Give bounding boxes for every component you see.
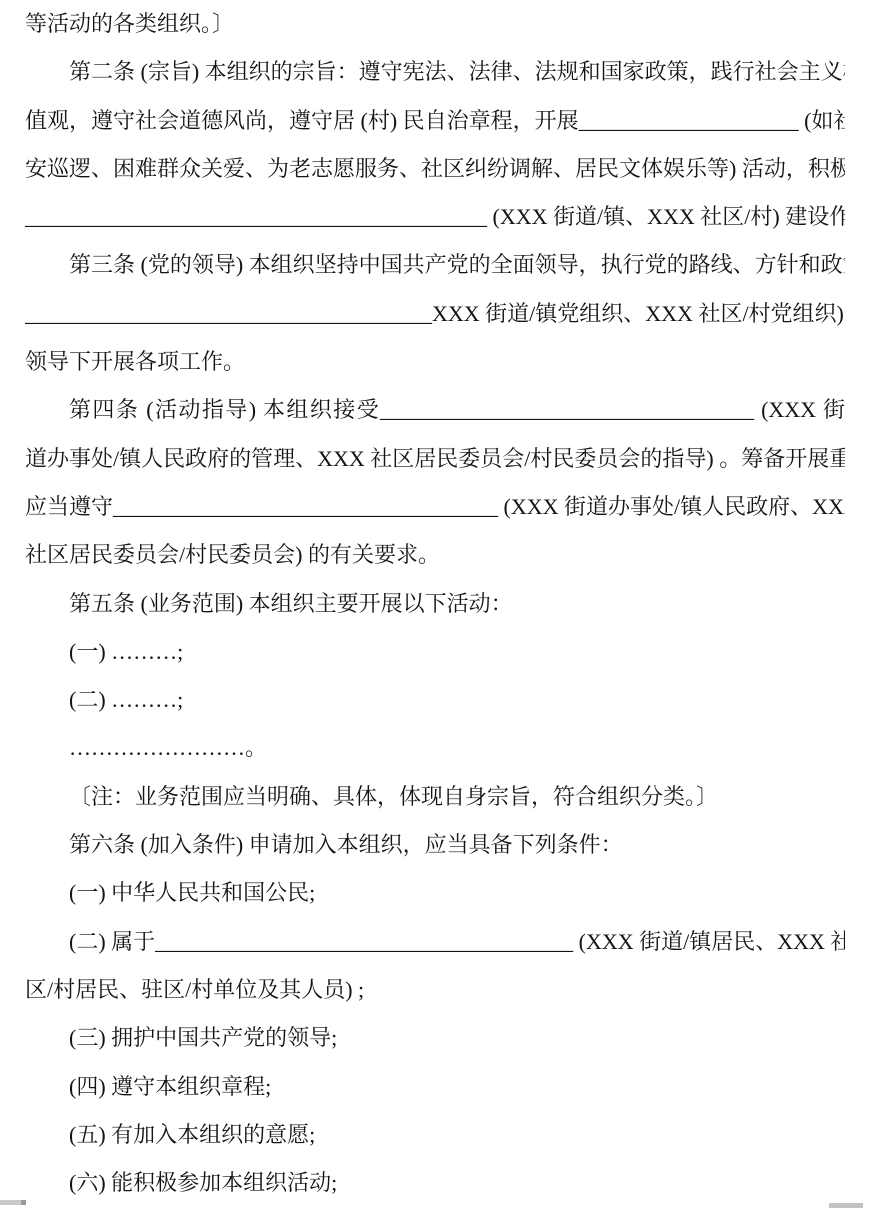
document-line: 领导下开展各项工作。 bbox=[25, 338, 845, 386]
document-line: 社区居民委员会/村民委员会) 的有关要求。 bbox=[25, 531, 845, 579]
vertical-scrollbar-thumb[interactable] bbox=[829, 1203, 863, 1208]
document-line: (一) 中华人民共和国公民; bbox=[25, 869, 845, 917]
document-line: ________________________________________… bbox=[25, 193, 845, 241]
document-line: 区/村居民、驻区/村单位及其人员) ; bbox=[25, 966, 845, 1014]
document-line: 安巡逻、困难群众关爱、为老志愿服务、社区纠纷调解、居民文体娱乐等) 活动，积极为 bbox=[25, 145, 845, 193]
document-line: 等活动的各类组织。〕 bbox=[25, 0, 845, 48]
document-line: (二) 属于__________________________________… bbox=[25, 918, 845, 966]
horizontal-scrollbar-button[interactable] bbox=[21, 1200, 26, 1205]
document-line: _____________________________________XXX… bbox=[25, 290, 845, 338]
document-line: 第三条 (党的领导) 本组织坚持中国共产党的全面领导，执行党的路线、方针和政策；… bbox=[25, 241, 845, 289]
document-page: 等活动的各类组织。〕第二条 (宗旨) 本组织的宗旨：遵守宪法、法律、法规和国家政… bbox=[0, 0, 880, 1208]
document-line: 道办事处/镇人民政府的管理、XXX 社区居民委员会/村民委员会的指导) 。筹备开… bbox=[25, 435, 845, 483]
document-line: (三) 拥护中国共产党的领导; bbox=[25, 1014, 845, 1062]
document-line: 第二条 (宗旨) 本组织的宗旨：遵守宪法、法律、法规和国家政策，践行社会主义核心… bbox=[25, 48, 845, 96]
document-line: 值观，遵守社会道德风尚，遵守居 (村) 民自治章程，开展____________… bbox=[25, 97, 845, 145]
document-line: 应当遵守___________________________________ … bbox=[25, 483, 845, 531]
document-line: 〔注：业务范围应当明确、具体，体现自身宗旨，符合组织分类。〕 bbox=[25, 773, 845, 821]
document-line: (四) 遵守本组织章程; bbox=[25, 1063, 845, 1111]
document-line: (二) ………; bbox=[25, 676, 845, 724]
document-line: 第六条 (加入条件) 申请加入本组织，应当具备下列条件： bbox=[25, 821, 845, 869]
horizontal-scrollbar-track[interactable] bbox=[0, 1200, 21, 1205]
document-line: 第五条 (业务范围) 本组织主要开展以下活动： bbox=[25, 580, 845, 628]
document-line: (五) 有加入本组织的意愿; bbox=[25, 1111, 845, 1159]
document-line: ……………………。 bbox=[25, 724, 845, 772]
document-line: (六) 能积极参加本组织活动; bbox=[25, 1159, 845, 1207]
document-line: (一) ………; bbox=[25, 628, 845, 676]
document-line: 第四条 (活动指导) 本组织接受________________________… bbox=[25, 386, 845, 434]
document-body: 等活动的各类组织。〕第二条 (宗旨) 本组织的宗旨：遵守宪法、法律、法规和国家政… bbox=[25, 0, 845, 1207]
